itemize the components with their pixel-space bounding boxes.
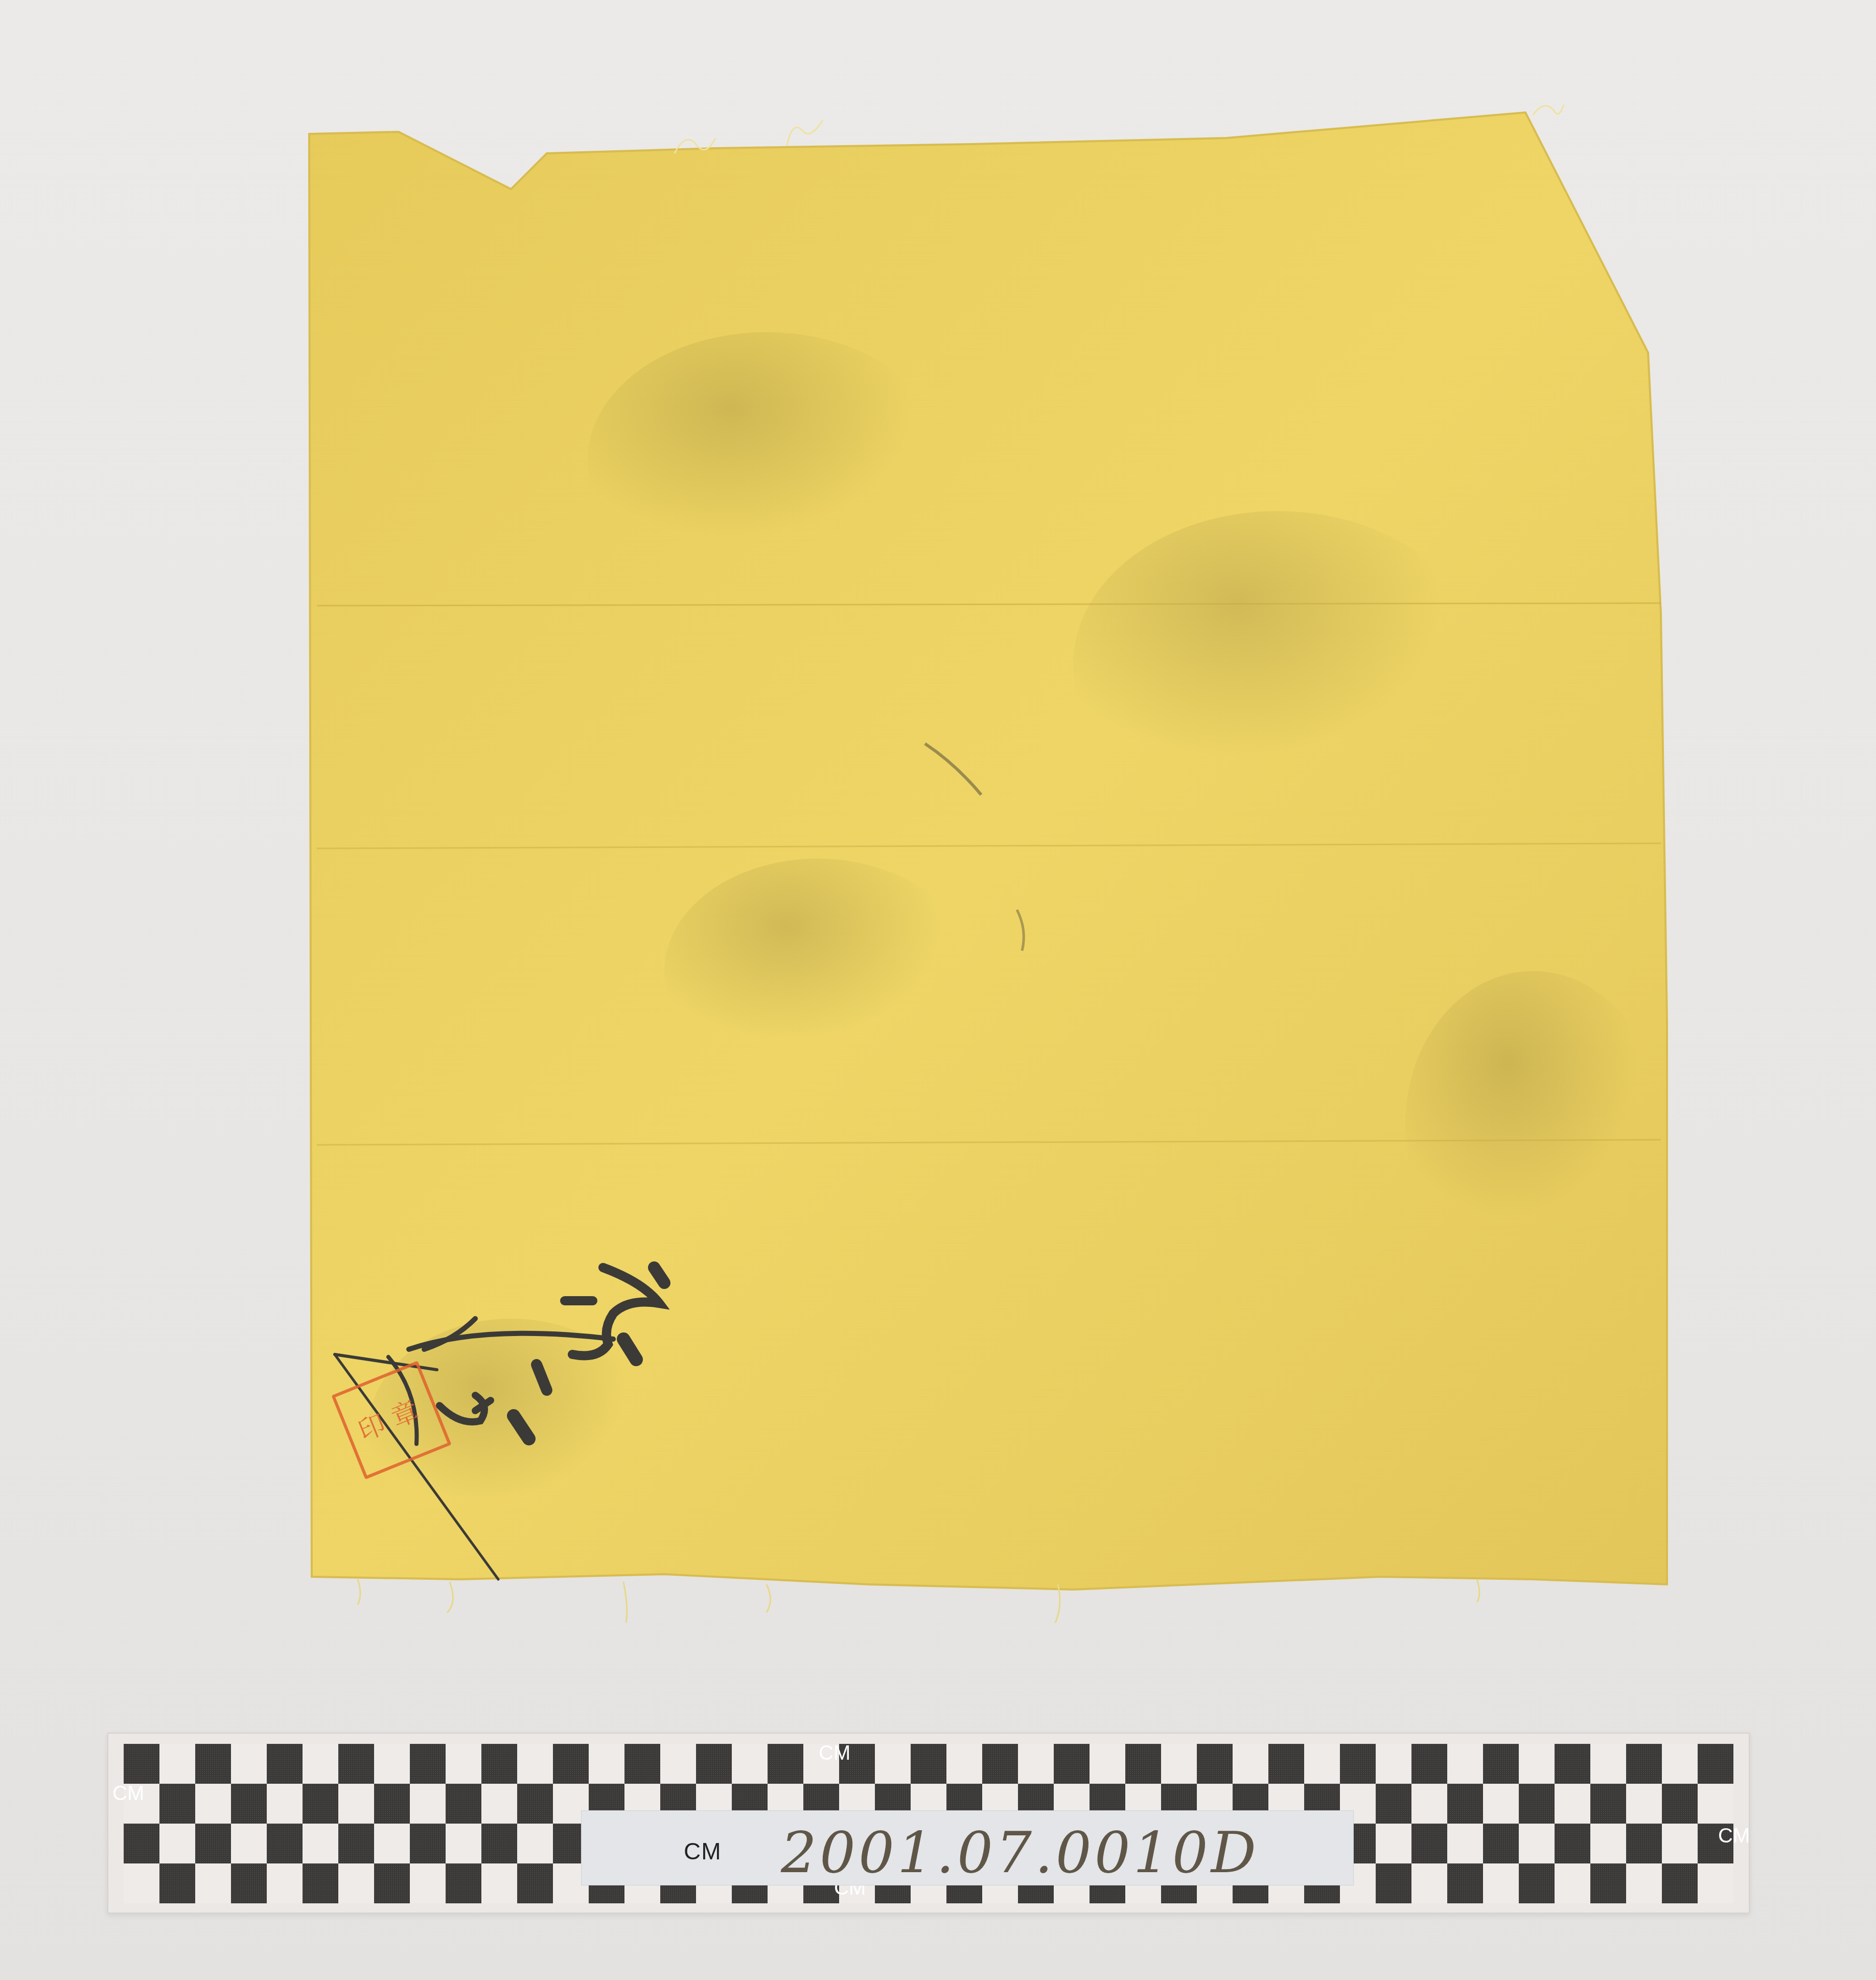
- checker-square: [410, 1824, 446, 1863]
- checker-square: [267, 1744, 303, 1784]
- checker-square: [481, 1824, 517, 1863]
- checker-square: [1018, 1744, 1054, 1784]
- checker-square: [374, 1784, 410, 1824]
- checker-square: [1161, 1744, 1197, 1784]
- checker-square: [911, 1744, 946, 1784]
- checker-square: [1590, 1744, 1626, 1784]
- label-cm-text: CM: [684, 1837, 722, 1865]
- checker-square: [732, 1744, 768, 1784]
- checker-square: [231, 1824, 267, 1863]
- checker-square: [1411, 1824, 1447, 1863]
- checker-square: [1090, 1744, 1125, 1784]
- checker-square: [1662, 1744, 1698, 1784]
- checker-square: [1483, 1863, 1519, 1903]
- checker-square: [374, 1744, 410, 1784]
- seal-glyph: 印: [352, 1403, 390, 1448]
- checker-square: [374, 1824, 410, 1863]
- checker-square: [374, 1863, 410, 1903]
- checker-square: [768, 1744, 803, 1784]
- checker-square: [624, 1744, 660, 1784]
- checker-square: [303, 1784, 338, 1824]
- checker-square: [1411, 1784, 1447, 1824]
- checker-square: [1376, 1744, 1411, 1784]
- checker-square: [1197, 1744, 1233, 1784]
- checker-square: [1590, 1784, 1626, 1824]
- checker-square: [1519, 1784, 1555, 1824]
- checker-square: [1447, 1863, 1483, 1903]
- checker-square: [1555, 1744, 1590, 1784]
- checker-square: [124, 1863, 159, 1903]
- checker-square: [303, 1744, 338, 1784]
- checker-square: [1662, 1784, 1698, 1824]
- scale-bar: CM CM CM CM CM 2001.07.0010D: [107, 1733, 1750, 1914]
- checker-square: [1698, 1784, 1733, 1824]
- checker-square: [1590, 1863, 1626, 1903]
- checker-square: [481, 1744, 517, 1784]
- checker-square: [1411, 1863, 1447, 1903]
- checker-square: [195, 1744, 231, 1784]
- checker-square: [1483, 1824, 1519, 1863]
- checker-square: [159, 1824, 195, 1863]
- accession-label: CM 2001.07.0010D: [581, 1810, 1354, 1885]
- checker-square: [124, 1824, 159, 1863]
- checker-square: [410, 1784, 446, 1824]
- checker-square: [1233, 1744, 1268, 1784]
- checker-square: [410, 1744, 446, 1784]
- checker-square: [1483, 1784, 1519, 1824]
- checker-square: [195, 1784, 231, 1824]
- checker-square: [267, 1784, 303, 1824]
- checker-square: [517, 1744, 553, 1784]
- checker-square: [481, 1784, 517, 1824]
- yellow-cloth: [0, 0, 1876, 1980]
- checker-square: [1519, 1863, 1555, 1903]
- checker-square: [1125, 1744, 1161, 1784]
- checker-square: [159, 1744, 195, 1784]
- checker-square: [1447, 1784, 1483, 1824]
- checker-square: [1698, 1744, 1733, 1784]
- checker-square: [338, 1824, 374, 1863]
- checker-square: [1519, 1824, 1555, 1863]
- checker-square: [1447, 1824, 1483, 1863]
- checker-square: [338, 1863, 374, 1903]
- checker-square: [446, 1863, 481, 1903]
- checker-square: [1483, 1744, 1519, 1784]
- checker-square: [1447, 1744, 1483, 1784]
- checker-square: [1626, 1744, 1662, 1784]
- checker-square: [338, 1744, 374, 1784]
- checker-square: [553, 1744, 589, 1784]
- checker-square: [1626, 1863, 1662, 1903]
- checker-square: [410, 1863, 446, 1903]
- checker-square: [303, 1824, 338, 1863]
- checker-square: [159, 1863, 195, 1903]
- checker-square: [124, 1744, 159, 1784]
- checker-square: [481, 1863, 517, 1903]
- checker-square: [267, 1863, 303, 1903]
- checker-square: [267, 1824, 303, 1863]
- checker-square: [517, 1784, 553, 1824]
- checker-square: [1304, 1744, 1340, 1784]
- checker-square: [195, 1863, 231, 1903]
- checker-square: [231, 1863, 267, 1903]
- checker-square: [159, 1784, 195, 1824]
- checker-square: [875, 1744, 911, 1784]
- cm-marker-left: CM: [112, 1782, 144, 1805]
- checker-square: [517, 1863, 553, 1903]
- checker-square: [1555, 1784, 1590, 1824]
- checker-square: [1626, 1824, 1662, 1863]
- seal-glyph: 章: [385, 1389, 424, 1435]
- checker-square: [1555, 1824, 1590, 1863]
- checker-square: [1376, 1863, 1411, 1903]
- checker-square: [946, 1744, 982, 1784]
- checker-square: [1376, 1784, 1411, 1824]
- checker-square: [231, 1744, 267, 1784]
- checker-square: [1590, 1824, 1626, 1863]
- checker-square: [446, 1744, 481, 1784]
- checker-square: [195, 1824, 231, 1863]
- checker-square: [1555, 1863, 1590, 1903]
- checker-square: [982, 1744, 1018, 1784]
- checker-square: [696, 1744, 732, 1784]
- checker-square: [589, 1744, 624, 1784]
- checker-square: [1626, 1784, 1662, 1824]
- checker-square: [1376, 1824, 1411, 1863]
- accession-number: 2001.07.0010D: [781, 1820, 1259, 1885]
- checker-square: [1662, 1824, 1698, 1863]
- checker-square: [1054, 1744, 1090, 1784]
- checker-square: [660, 1744, 696, 1784]
- checker-square: [1519, 1744, 1555, 1784]
- checker-row: [124, 1744, 1733, 1784]
- checker-square: [303, 1863, 338, 1903]
- checker-square: [1662, 1863, 1698, 1903]
- cm-marker-top: CM: [819, 1742, 850, 1765]
- checker-square: [231, 1784, 267, 1824]
- checker-square: [1268, 1744, 1304, 1784]
- checker-square: [1698, 1863, 1733, 1903]
- checker-square: [446, 1824, 481, 1863]
- checker-square: [1411, 1744, 1447, 1784]
- checker-square: [446, 1784, 481, 1824]
- checker-square: [1340, 1744, 1376, 1784]
- checker-square: [338, 1784, 374, 1824]
- checker-square: [517, 1824, 553, 1863]
- cm-marker-right: CM: [1718, 1825, 1750, 1848]
